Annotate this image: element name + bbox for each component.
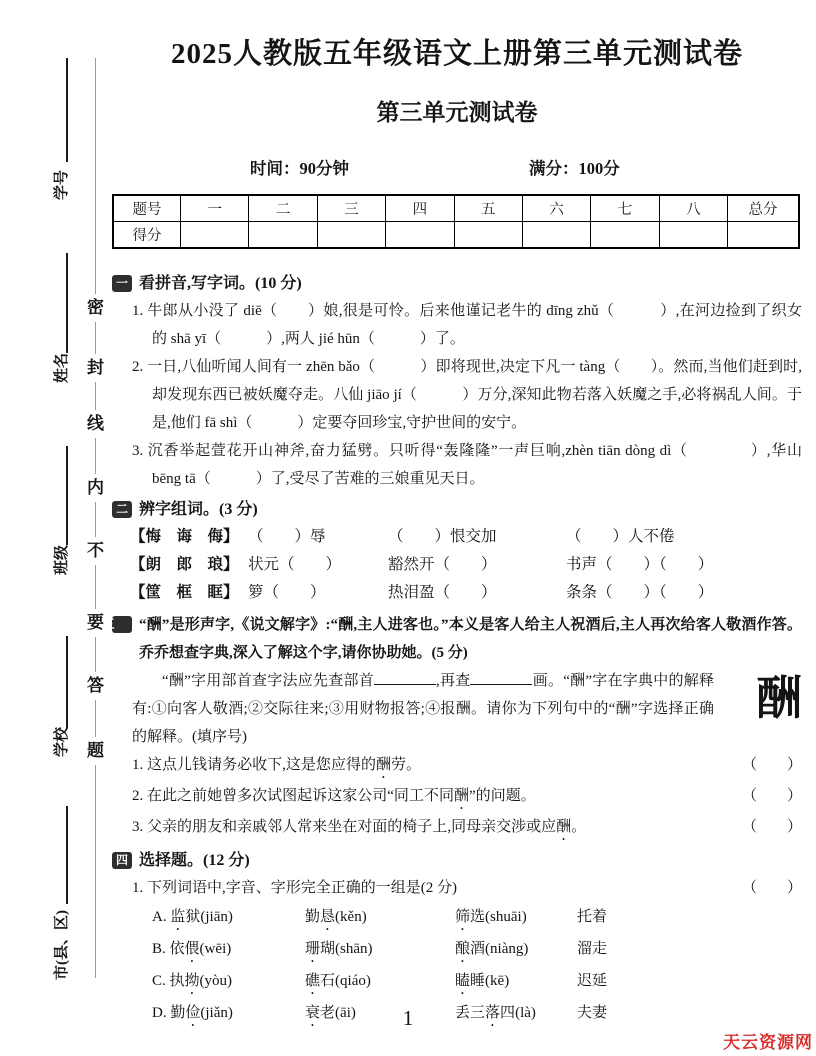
dict-text-2: ,再查: [436, 673, 470, 689]
field-label-name: 姓名: [51, 348, 73, 388]
word-blank: （ ）辱: [248, 523, 388, 551]
score-header-cell: 六: [522, 195, 590, 222]
score-header-cell: 一: [181, 195, 249, 222]
word-blank: 热泪盈（ ）: [388, 579, 566, 607]
main-content: 2025人教版五年级语文上册第三单元测试卷 第三单元测试卷 时间：90分钟 满分…: [112, 0, 802, 1030]
sealed-line-char: 不: [86, 537, 105, 565]
score-header-cell: 三: [317, 195, 385, 222]
field-label-city: 市(县、区): [51, 900, 73, 990]
word-group-row: 【悔 诲 侮】 （ ）辱 （ ）恨交加 （ ）人不倦: [130, 523, 802, 551]
section1-item: 2. 一日,八仙听闻人间有一 zhēn bǎo（ ）即将现世,决定下凡一 tàn…: [132, 353, 802, 437]
score-table-score-row: 得分: [113, 222, 799, 249]
exam-meta: 时间：90分钟 满分：100分: [250, 158, 802, 180]
score-cell-empty: [317, 222, 385, 249]
full-score-label: 满分：100分: [529, 158, 620, 180]
section2-badge: 二: [112, 501, 132, 518]
score-header-cell: 总分: [728, 195, 800, 222]
sealed-line: [95, 58, 96, 978]
word-blank: （ ）人不倦: [566, 523, 802, 551]
score-header-cell: 题号: [113, 195, 181, 222]
score-header-cell: 七: [591, 195, 659, 222]
score-cell-empty: [454, 222, 522, 249]
section3-item: 1. 这点儿钱请务必收下,这是您应得的酬劳。 （ ）: [132, 751, 802, 782]
option-word: 托着: [577, 902, 802, 934]
field-label-student-number: 学号: [51, 165, 73, 205]
section4-badge: 四: [112, 852, 132, 869]
section3-item: 3. 父亲的朋友和亲戚邻人常来坐在对面的椅子上,同母亲交涉或应酬。 （ ）: [132, 813, 802, 844]
field-label-school: 学校: [51, 722, 73, 762]
score-table-header-row: 题号 一 二 三 四 五 六 七 八 总分: [113, 195, 799, 222]
sealed-line-char: 线: [86, 410, 105, 438]
field-label-class: 班级: [51, 540, 73, 580]
option-word: B. 依偎(wēi): [152, 934, 305, 966]
option-word: 迟延: [577, 966, 802, 998]
exam-paper: 学号 姓名 班级 学校 市(县、区) 密 封 线 内 不 要 答 题 2025人…: [0, 0, 816, 1056]
section3-dictionary-paragraph: 酬 “酬”字用部首查字法应先查部首,再查画。“酬”字在字典中的解释有:①向客人敬…: [132, 667, 802, 751]
word-blank: 书声（ ）（ ）: [566, 551, 802, 579]
character-bracket: 【悔 诲 侮】: [130, 523, 248, 551]
score-cell-empty: [728, 222, 800, 249]
section1-item: 1. 牛郎从小没了 diē（ ）娘,很是可怜。后来他谨记老牛的 dīng zhǔ…: [132, 297, 802, 353]
section4-header: 四选择题。(12 分): [112, 848, 802, 874]
word-blank: 状元（ ）: [248, 551, 388, 579]
sentence: 1. 这点儿钱请务必收下,这是您应得的酬劳。: [132, 751, 738, 782]
score-table: 题号 一 二 三 四 五 六 七 八 总分 得分: [112, 194, 800, 249]
sealed-line-char: 题: [86, 737, 105, 765]
sealed-line-char: 密: [86, 294, 105, 322]
score-row-label: 得分: [113, 222, 181, 249]
option-word: 筛选(shuāi): [455, 902, 577, 934]
school-writing-line: [66, 636, 68, 728]
section1-title: 看拼音,写字词。(10 分): [139, 275, 302, 292]
sentence: 2. 在此之前她曾多次试图起诉这家公司“同工不同酬”的问题。: [132, 782, 738, 813]
section3-header: 三“酬”是形声字,《说文解字》:“酬,主人进客也。”本义是客人给主人祝酒后,主人…: [139, 611, 802, 667]
time-label: 时间：90分钟: [250, 158, 349, 180]
word-blank: 豁然开（ ）: [388, 551, 566, 579]
section3-item: 2. 在此之前她曾多次试图起诉这家公司“同工不同酬”的问题。 （ ）: [132, 782, 802, 813]
section1-badge: 一: [112, 275, 132, 292]
word-blank: 条条（ ）（ ）: [566, 579, 802, 607]
section3-intro: “酬”是形声字,《说文解字》:“酬,主人进客也。”本义是客人给主人祝酒后,主人再…: [139, 617, 802, 661]
section1-header: 一看拼音,写字词。(10 分): [112, 271, 802, 297]
word-group-row: 【朗 郎 琅】 状元（ ） 豁然开（ ） 书声（ ）（ ）: [130, 551, 802, 579]
answer-parens: （ ）: [738, 782, 802, 813]
student-number-writing-line: [66, 58, 68, 162]
score-cell-empty: [522, 222, 590, 249]
section4-question1: 1. 下列词语中,字音、字形完全正确的一组是(2 分) （ ）: [132, 874, 802, 902]
option-word: C. 执拗(yòu): [152, 966, 305, 998]
option-word: 礁石(qiáo): [305, 966, 455, 998]
score-header-cell: 八: [659, 195, 727, 222]
class-writing-line: [66, 446, 68, 545]
option-word: 珊瑚(shān): [305, 934, 455, 966]
section2-title: 辨字组词。(3 分): [139, 501, 258, 518]
answer-parens: （ ）: [738, 751, 802, 782]
option-word: 溜走: [577, 934, 802, 966]
page-subtitle: 第三单元测试卷: [112, 98, 802, 128]
option-word: 勤恳(kěn): [305, 902, 455, 934]
word-blank: 箩（ ）: [248, 579, 388, 607]
sealed-line-char: 封: [86, 354, 105, 382]
word-blank: （ ）恨交加: [388, 523, 566, 551]
section1-item: 3. 沉香举起萱花开山神斧,奋力猛劈。只听得“轰隆隆”一声巨响,zhèn tiā…: [132, 437, 802, 493]
dict-text-1: “酬”字用部首查字法应先查部首: [162, 673, 374, 689]
answer-parens: （ ）: [738, 813, 802, 844]
sealed-line-char: 内: [86, 474, 105, 502]
score-header-cell: 二: [249, 195, 317, 222]
score-cell-empty: [591, 222, 659, 249]
score-cell-empty: [386, 222, 454, 249]
word-group-row: 【筐 框 眶】 箩（ ） 热泪盈（ ） 条条（ ）（ ）: [130, 579, 802, 607]
question-text: 1. 下列词语中,字音、字形完全正确的一组是(2 分): [132, 874, 738, 902]
fill-blank: [374, 669, 436, 685]
score-cell-empty: [249, 222, 317, 249]
city-writing-line: [66, 806, 68, 904]
sentence: 3. 父亲的朋友和亲戚邻人常来坐在对面的椅子上,同母亲交涉或应酬。: [132, 813, 738, 844]
character-bracket: 【筐 框 眶】: [130, 579, 248, 607]
score-header-cell: 五: [454, 195, 522, 222]
section2-header: 二辨字组词。(3 分): [112, 497, 802, 523]
option-word: 瞌睡(kē): [455, 966, 577, 998]
section4-title: 选择题。(12 分): [139, 852, 250, 869]
score-cell-empty: [659, 222, 727, 249]
fill-blank: [470, 669, 532, 685]
option-word: A. 监狱(jiān): [152, 902, 305, 934]
page-number: 1: [0, 1006, 816, 1031]
option-word: 酿酒(niàng): [455, 934, 577, 966]
score-header-cell: 四: [386, 195, 454, 222]
section3-badge: 三: [112, 616, 132, 633]
score-cell-empty: [181, 222, 249, 249]
name-writing-line: [66, 253, 68, 353]
answer-parens: （ ）: [738, 874, 802, 902]
watermark: 天云资源网: [723, 1028, 813, 1053]
character-bracket: 【朗 郎 琅】: [130, 551, 248, 579]
page-title: 2025人教版五年级语文上册第三单元测试卷: [112, 36, 802, 72]
seal-script-glyph: 酬: [726, 673, 802, 725]
sealed-line-char: 答: [86, 672, 105, 700]
